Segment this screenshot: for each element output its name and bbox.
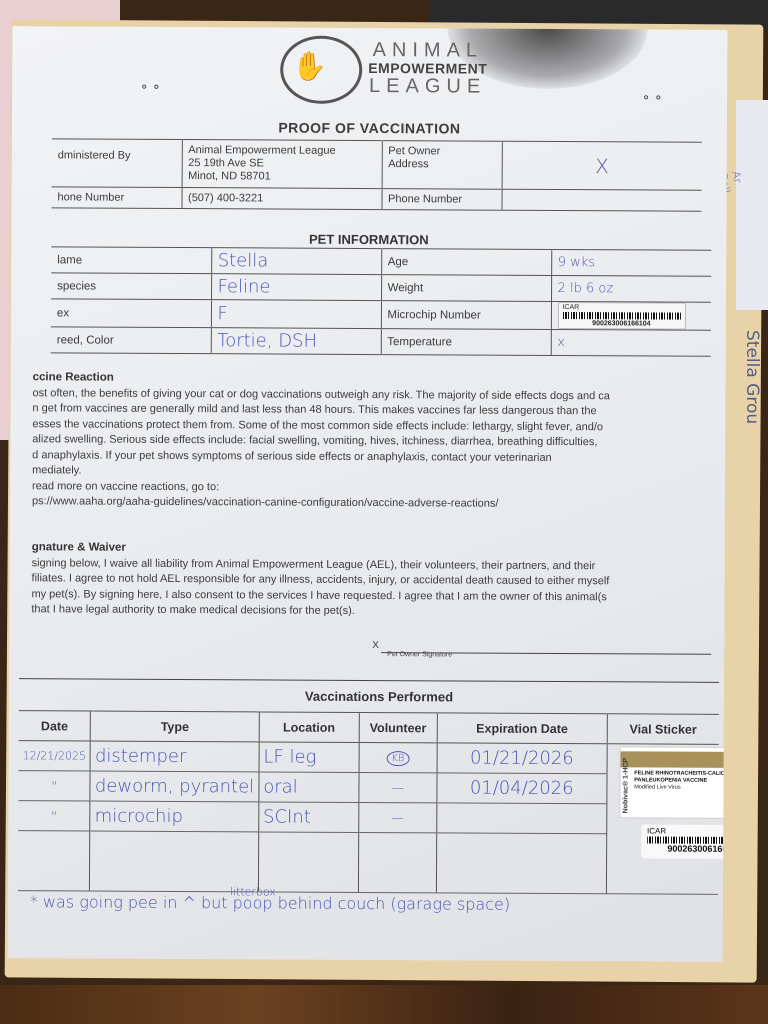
barcode-icon (562, 312, 680, 320)
volunteer-initials: KB (386, 751, 409, 766)
icar-sticker: ICAR 900263006166104 (641, 824, 728, 859)
vial-band (620, 751, 727, 768)
divider (19, 678, 719, 683)
admin-info-table: dministered By Animal Empowerment League… (51, 138, 701, 211)
vacc-expiration: 01/21/2026 (437, 743, 607, 774)
hole-mark-right: ∘∘ (642, 89, 666, 105)
pet-label: ex (51, 299, 211, 328)
vacc-date (18, 831, 90, 891)
vial-sticker: Nobivac® 1-HCP FELINE RHINOTRACHEITIS-CA… (619, 746, 727, 819)
pet-value: Stella (211, 248, 381, 275)
aaha-link[interactable]: ps://www.aaha.org/aaha-guidelines/vaccin… (32, 494, 722, 513)
footnote: * was going pee in ^ but poop behind cou… (30, 892, 510, 914)
vial-line: Modified Live Virus (634, 784, 726, 791)
vaccinations-table: Date Type Location Volunteer Expiration … (18, 710, 719, 895)
pet-value: Feline (211, 274, 381, 301)
pet-label: lame (51, 247, 211, 274)
vacc-date: " (18, 771, 90, 801)
col-type: Type (91, 711, 260, 742)
vacc-location: LF leg (259, 742, 359, 773)
col-vial-sticker: Vial Sticker (607, 714, 719, 745)
side-paper (736, 100, 768, 310)
signature-x: X (372, 640, 379, 651)
administered-by-label: dministered By (52, 139, 182, 188)
pet-label: Weight (381, 275, 551, 302)
vacc-location: oral (259, 772, 359, 803)
pet-label: reed, Color (51, 327, 211, 354)
pet-value: F (211, 300, 381, 329)
vacc-expiration (436, 803, 606, 834)
icar-number: 900263006166104 (647, 844, 728, 854)
admin-line1: Animal Empowerment League (188, 144, 375, 158)
owner-address-label: Pet Owner Address (382, 141, 502, 190)
hole-mark-left: ∘∘ (140, 79, 164, 95)
pet-label: Age (381, 249, 551, 276)
waiver-line: that I have legal authority to make medi… (31, 602, 721, 621)
microchip-value: ICAR 900263006166104 (551, 301, 711, 330)
pet-label: Temperature (381, 329, 551, 356)
vacc-expiration: 01/04/2026 (437, 773, 607, 804)
signature-label: Pet Owner Signature (387, 651, 452, 658)
wood-floor (0, 985, 768, 1024)
pet-label: Microchip Number (381, 301, 551, 330)
vial-sticker-cell: Nobivac® 1-HCP FELINE RHINOTRACHEITIS-CA… (606, 744, 719, 895)
col-expiration: Expiration Date (437, 713, 607, 744)
vaccination-form: ∘∘ ∘∘ ✋ ANIMAL EMPOWERMENT LEAGUE PROOF … (8, 26, 728, 962)
org-name-line2: EMPOWERMENT (368, 61, 487, 76)
vacc-date: 12/21/2025 (19, 741, 91, 771)
vacc-date: " (18, 801, 90, 831)
owner-address-mark: X (595, 154, 609, 178)
vaccination-row: 12/21/2025 distemper LF leg KB 01/21/202… (19, 741, 719, 775)
phone-value: (507) 400-3221 (181, 188, 381, 210)
admin-line2: 25 19th Ave SE (188, 157, 375, 171)
hand-and-paw-icon: ✋ (292, 50, 327, 83)
vial-text: FELINE RHINOTRACHEITIS-CALICI- PANLEUKOP… (634, 770, 726, 791)
pet-row-breed: reed, Color Tortie, DSH Temperature x (51, 327, 711, 356)
pet-value: x (551, 329, 711, 356)
microchip-number: 900263006166104 (562, 320, 680, 328)
org-logo: ✋ ANIMAL EMPOWERMENT LEAGUE (280, 36, 490, 105)
col-date: Date (19, 711, 91, 741)
owner-phone-label: Phone Number (381, 189, 501, 211)
microchip-brand: ICAR (562, 304, 680, 312)
vacc-location: SCInt (258, 802, 358, 833)
pet-row-sex: ex F Microchip Number ICAR 9002630061661… (51, 299, 711, 330)
pet-label: species (51, 273, 211, 300)
vaccine-reaction-section: ccine Reaction ost often, the benefits o… (32, 370, 723, 513)
pet-info-table: lame Stella Age 9 wks species Feline Wei… (51, 246, 712, 356)
owner-address-value: X (502, 141, 702, 190)
pet-row-species: species Feline Weight 2 lb 6 oz (51, 273, 711, 302)
col-location: Location (259, 712, 359, 743)
microchip-sticker: ICAR 900263006166104 (557, 302, 685, 330)
vacc-volunteer: — (358, 802, 436, 832)
vaccinations-title: Vaccinations Performed (305, 689, 453, 705)
vacc-volunteer: — (359, 772, 437, 802)
vacc-volunteer: KB (359, 742, 437, 772)
admin-line3: Minot, ND 58701 (188, 170, 375, 184)
vacc-type: deworm, pyrantel (90, 771, 259, 802)
pet-value: 2 lb 6 oz (551, 275, 711, 302)
vial-brand: Nobivac® 1-HCP (622, 758, 629, 813)
pet-value: Tortie, DSH (211, 328, 381, 355)
vacc-type (90, 831, 259, 892)
waiver-section: gnature & Waiver signing below, I waive … (31, 540, 721, 621)
pet-value: 9 wks (551, 249, 711, 276)
vacc-type: microchip (90, 801, 259, 832)
owner-address-label-1: Pet Owner (388, 145, 495, 159)
vacc-type: distemper (90, 741, 259, 772)
org-name: ANIMAL EMPOWERMENT LEAGUE (368, 40, 487, 97)
org-name-line3: LEAGUE (368, 76, 487, 97)
pet-row-name: lame Stella Age 9 wks (51, 247, 711, 276)
org-name-line1: ANIMAL (368, 40, 487, 61)
folder-label: Stella Grou (742, 330, 762, 424)
phone-label: hone Number (51, 187, 181, 209)
administered-by-value: Animal Empowerment League 25 19th Ave SE… (182, 140, 382, 189)
col-volunteer: Volunteer (359, 712, 437, 742)
vacc-location (258, 832, 358, 893)
vacc-expiration (436, 833, 606, 894)
owner-address-label-2: Address (388, 158, 495, 172)
document-title: PROOF OF VACCINATION (12, 118, 727, 138)
owner-phone-value (501, 189, 701, 211)
icar-brand: ICAR (647, 827, 727, 836)
vacc-volunteer (358, 832, 436, 892)
